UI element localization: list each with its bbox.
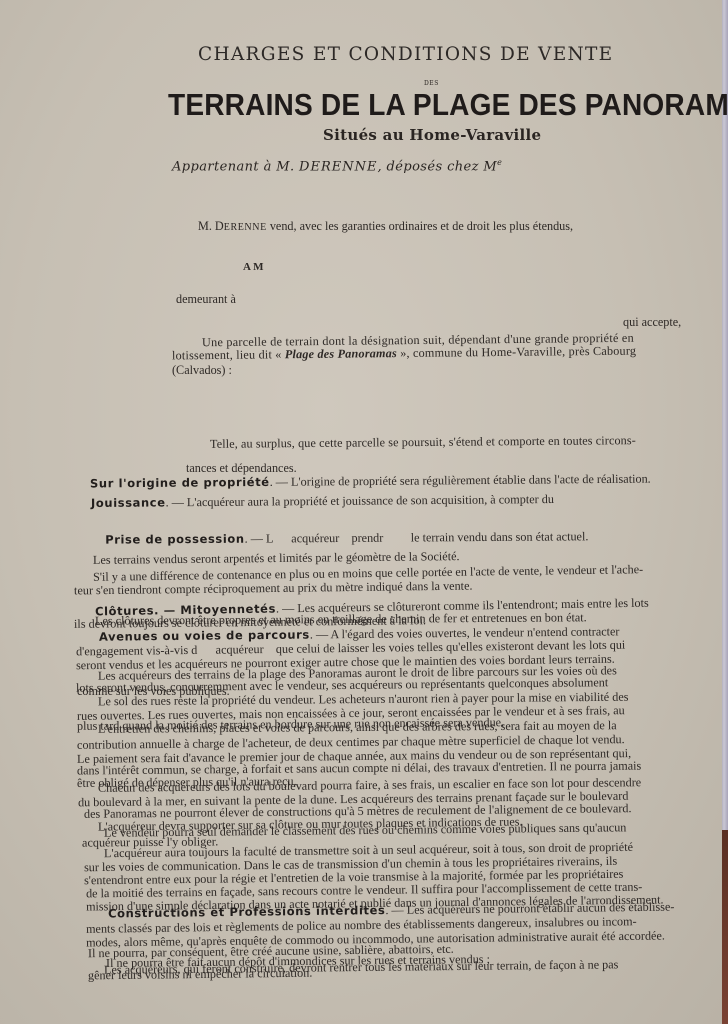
section-jouissance: Jouissance. — L'acquéreur aura la propri…: [91, 492, 554, 511]
owner-sup: e: [497, 158, 502, 167]
title-des: DES: [424, 80, 439, 87]
residing-label: demeurant à: [176, 292, 236, 307]
text-jouissance: . — L'acquéreur aura la propriété et jou…: [166, 492, 554, 509]
heading-origine: Sur l'origine de propriété: [90, 475, 270, 491]
owner-suffix: , déposés chez M: [377, 159, 497, 174]
telle-line-1: Telle, au surplus, que cette parcelle se…: [210, 433, 636, 452]
parcel-place: Plage des Panoramas: [285, 346, 397, 361]
heading-jouissance: Jouissance: [91, 495, 166, 510]
section-origine: Sur l'origine de propriété. — L'origine …: [90, 472, 651, 492]
subtitle-location: Situés au Home-Varaville: [323, 126, 541, 144]
seller-name: ERENNE: [224, 222, 267, 233]
telle-line-2: tances et dépendances.: [186, 461, 297, 476]
heading-possession: Prise de possession: [105, 532, 245, 547]
constructions-line: gêner leurs voisins ni empêcher la circu…: [88, 966, 313, 984]
seller-rest: vend, avec les garanties ordinaires et d…: [267, 219, 573, 233]
title-charges: CHARGES ET CONDITIONS DE VENTE: [198, 44, 613, 65]
owner-line: Appartenant à M. DERENNE, déposés chez M…: [172, 158, 502, 174]
seller-line: M. DERENNE vend, avec les garanties ordi…: [198, 219, 573, 234]
accepts-label: qui accepte,: [623, 315, 681, 330]
parcel-text: », commune du Home-Varaville, près Cabou…: [397, 344, 636, 361]
buyer-label: A M: [243, 261, 263, 273]
owner-name: DERENNE: [299, 159, 377, 174]
text-origine: . — L'origine de propriété sera régulièr…: [270, 472, 651, 489]
parcel-intro-3: (Calvados) :: [172, 363, 232, 378]
title-main: TERRAINS DE LA PLAGE DES PANORAMAS: [168, 88, 728, 123]
owner-prefix: Appartenant à M.: [172, 159, 299, 174]
seller-initial: M. D: [198, 219, 224, 233]
document-page: CHARGES ET CONDITIONS DE VENTE DES TERRA…: [0, 0, 722, 1024]
parcel-text: lotissement, lieu dit «: [172, 347, 285, 362]
text-possession: . — L acquéreur prendr le terrain vendu …: [245, 529, 589, 545]
